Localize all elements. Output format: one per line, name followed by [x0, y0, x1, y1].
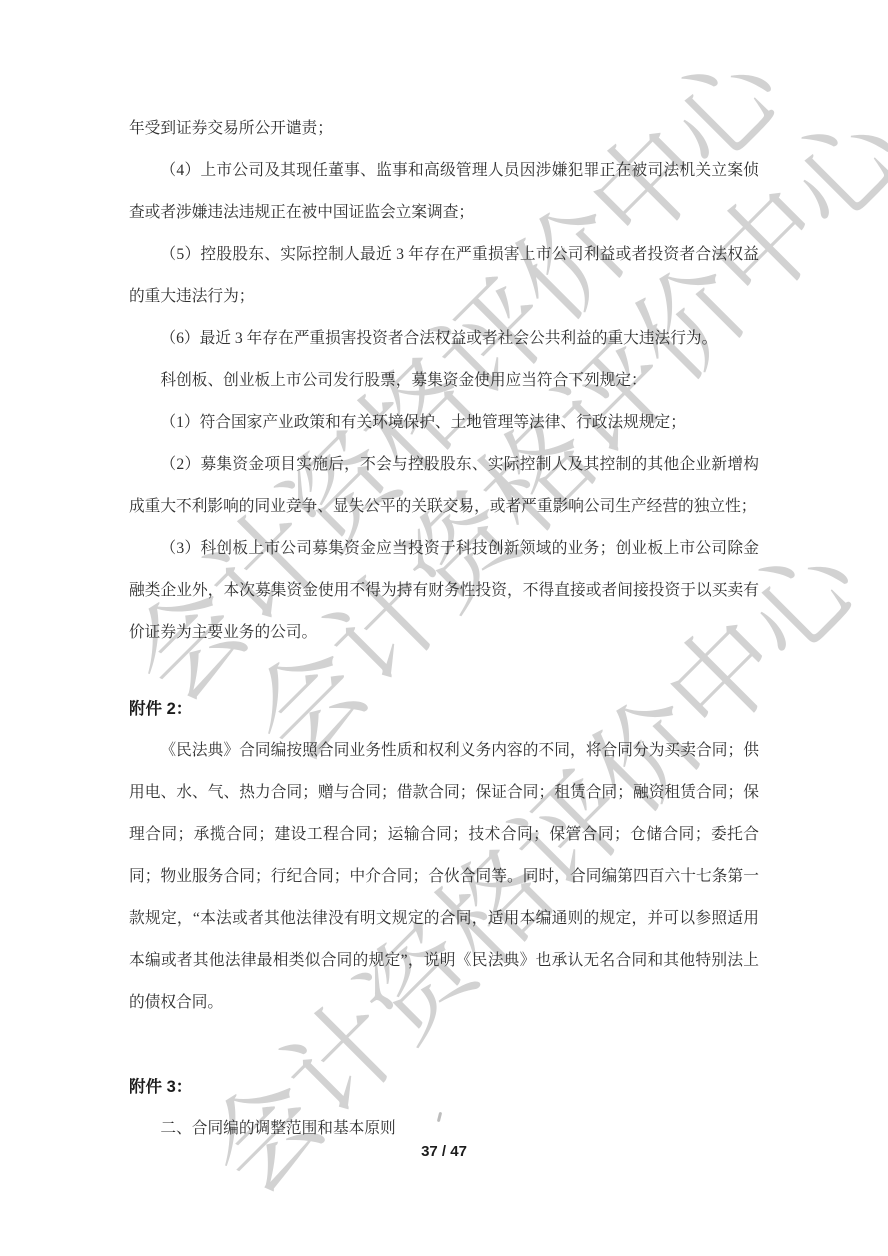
paragraph-rule-2: （2）募集资金项目实施后，不会与控股股东、实际控制人及其控制的其他企业新增构成重… — [129, 444, 759, 528]
paragraph-clause-4: （4）上市公司及其现任董事、监事和高级管理人员因涉嫌犯罪正在被司法机关立案侦查或… — [129, 150, 759, 234]
document-page: 会计资格评价中心 会计资格评价中心 会计资格评价中心 年受到证券交易所公开谴责；… — [0, 0, 888, 1256]
paragraph-civil-code-contracts: 《民法典》合同编按照合同业务性质和权利义务内容的不同，将合同分为买卖合同；供用电… — [129, 730, 759, 1024]
paragraph-clause-5: （5）控股股东、实际控制人最近 3 年存在严重损害上市公司利益或者投资者合法权益… — [129, 234, 759, 318]
paragraph-rule-3: （3）科创板上市公司募集资金应当投资于科技创新领域的业务；创业板上市公司除金融类… — [129, 528, 759, 654]
document-body: 年受到证券交易所公开谴责； （4）上市公司及其现任董事、监事和高级管理人员因涉嫌… — [129, 108, 759, 1150]
paragraph-clause-6: （6）最近 3 年存在严重损害投资者合法权益或者社会公共利益的重大违法行为。 — [129, 318, 759, 360]
paragraph-continuation: 年受到证券交易所公开谴责； — [129, 108, 759, 150]
paragraph-rule-1: （1）符合国家产业政策和有关环境保护、土地管理等法律、行政法规规定； — [129, 402, 759, 444]
attachment-3-heading: 附件 3： — [129, 1066, 759, 1108]
paragraph-intro-fundraising: 科创板、创业板上市公司发行股票，募集资金使用应当符合下列规定： — [129, 360, 759, 402]
page-number: 37 / 47 — [0, 1141, 888, 1163]
attachment-2-heading: 附件 2： — [129, 688, 759, 730]
